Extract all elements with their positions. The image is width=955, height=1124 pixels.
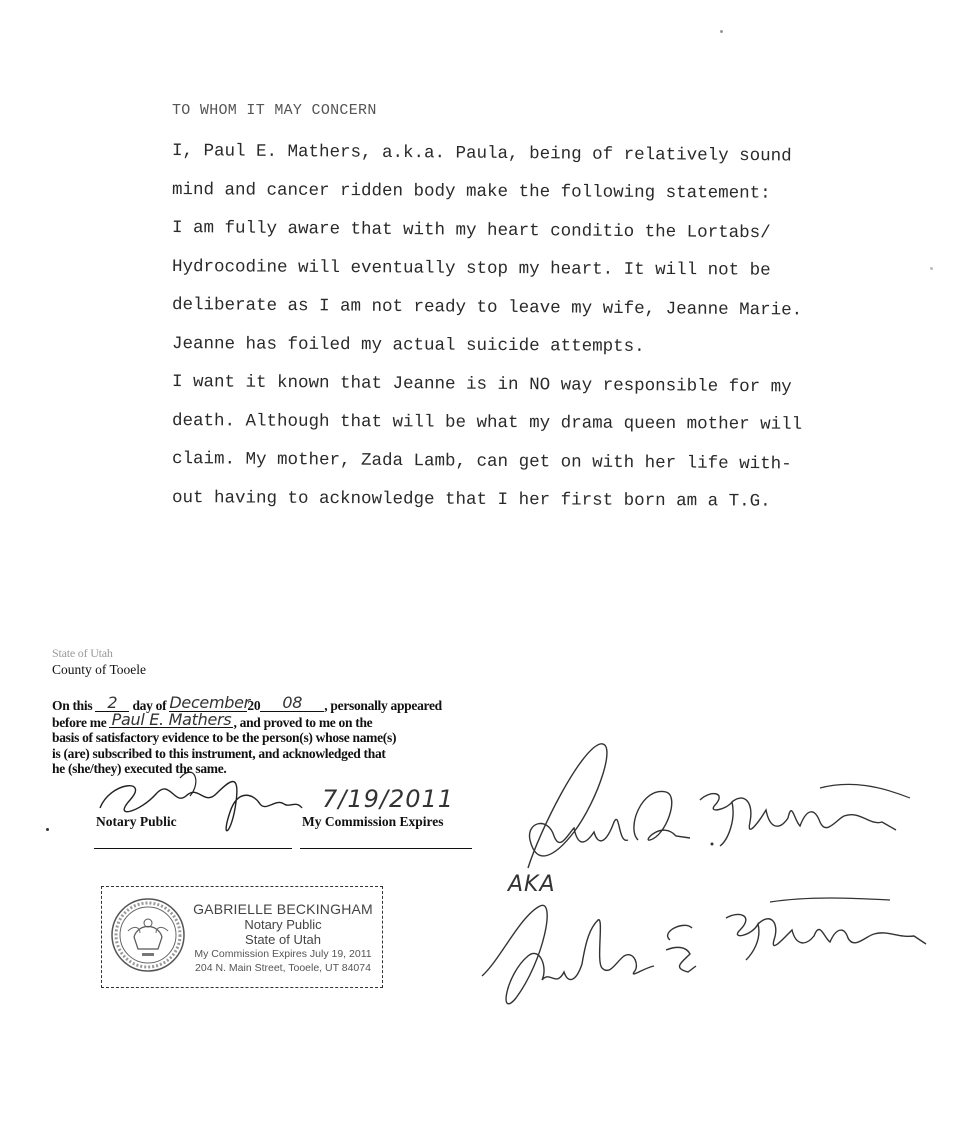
- letter-heading: TO WHOM IT MAY CONCERN: [172, 102, 892, 122]
- stamp-address: 204 N. Main Street, Tooele, UT 84074: [188, 961, 378, 975]
- letter-line: claim. My mother, Zada Lamb, can get on …: [172, 446, 892, 491]
- letter-line: I am fully aware that with my heart cond…: [172, 215, 892, 260]
- notary-stamp: GABRIELLE BECKINGHAM Notary Public State…: [101, 886, 383, 988]
- letter-line: Hydrocodine will eventually stop my hear…: [172, 254, 892, 297]
- letter-line: out having to acknowledge that I her fir…: [172, 485, 892, 528]
- stamp-state: State of Utah: [188, 932, 378, 947]
- notary-state: State of Utah: [52, 646, 492, 662]
- letter-line: mind and cancer ridden body make the fol…: [172, 177, 892, 220]
- signature-block: AKA Paul E. Mathers Paula E. Mathers: [470, 740, 955, 1030]
- aka-label: AKA: [508, 872, 556, 897]
- commission-date-value: 7/19/2011: [322, 792, 454, 808]
- notary-acknowledgment: State of Utah County of Tooele On this 2…: [52, 646, 492, 777]
- scan-speck: [930, 267, 933, 270]
- utah-state-seal-icon: [110, 897, 186, 973]
- personally-appeared-label: , personally appeared: [324, 698, 442, 713]
- scan-speck: [720, 30, 723, 33]
- scan-speck: [46, 828, 49, 831]
- stamp-role: Notary Public: [188, 917, 378, 932]
- appearer-name-field: Paul E. Mathers: [109, 712, 233, 729]
- on-this-label: On this: [52, 698, 92, 713]
- notary-county: County of Tooele: [52, 662, 492, 678]
- letter-body: TO WHOM IT MAY CONCERN I, Paul E. Mather…: [172, 102, 892, 523]
- letter-line: I want it known that Jeanne is in NO way…: [172, 369, 892, 414]
- letter-line: deliberate as I am not ready to leave my…: [172, 292, 892, 337]
- proved-label: , and proved to me on the: [233, 715, 372, 730]
- stamp-text: GABRIELLE BECKINGHAM Notary Public State…: [188, 901, 378, 975]
- letter-lines: I, Paul E. Mathers, a.k.a. Paula, being …: [172, 138, 892, 523]
- before-me-label: before me: [52, 715, 106, 730]
- document-page: TO WHOM IT MAY CONCERN I, Paul E. Mather…: [0, 0, 955, 1124]
- letter-line: I, Paul E. Mathers, a.k.a. Paula, being …: [172, 138, 892, 183]
- letter-line: Jeanne has foiled my actual suicide atte…: [172, 331, 892, 374]
- year-field: 08: [260, 695, 324, 712]
- stamp-commission: My Commission Expires July 19, 2011: [188, 947, 378, 961]
- commission-expires-label: My Commission Expires: [302, 814, 444, 830]
- stamp-notary-name: GABRIELLE BECKINGHAM: [188, 901, 378, 917]
- letter-line: death. Although that will be what my dra…: [172, 408, 892, 451]
- notary-signature: [90, 742, 320, 842]
